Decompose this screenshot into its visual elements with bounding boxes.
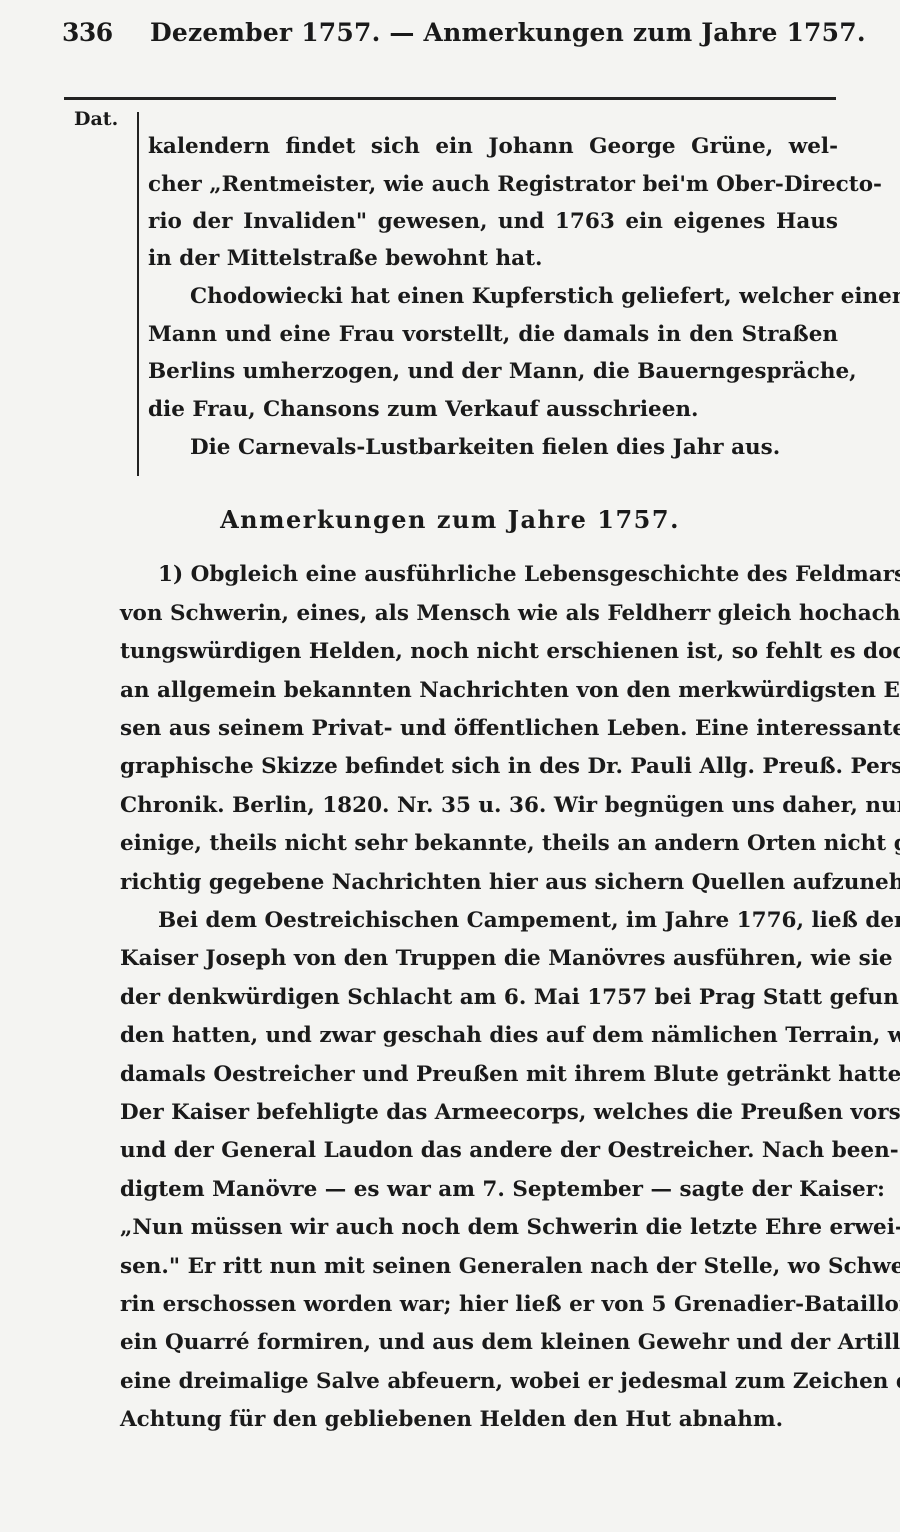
text-line: rio der Invaliden" gewesen, und 1763 ein… xyxy=(148,207,838,237)
text-line: Chronik. Berlin, 1820. Nr. 35 u. 36. Wir… xyxy=(120,791,840,821)
text-line: cher „Rentmeister, wie auch Registrator … xyxy=(148,170,838,200)
text-line: kalendern findet sich ein Johann George … xyxy=(148,132,838,162)
text-line: in der Mittelstraße bewohnt hat. xyxy=(148,244,838,274)
section-heading: Anmerkungen zum Jahre 1757. xyxy=(0,505,900,534)
text-line: richtig gegebene Nachrichten hier aus si… xyxy=(120,868,840,898)
margin-divider xyxy=(137,112,139,476)
text-line: rin erschossen worden war; hier ließ er … xyxy=(120,1290,840,1320)
text-line: Achtung für den gebliebenen Helden den H… xyxy=(120,1405,840,1435)
page-number: 336 xyxy=(62,18,113,47)
text-line: ein Quarré formiren, und aus dem kleinen… xyxy=(120,1328,840,1358)
text-line: Kaiser Joseph von den Truppen die Manövr… xyxy=(120,944,840,974)
text-line: 1) Obgleich eine ausführliche Lebensgesc… xyxy=(158,560,840,590)
text-line: einige, theils nicht sehr bekannte, thei… xyxy=(120,829,840,859)
text-line: Mann und eine Frau vorstellt, die damals… xyxy=(148,320,838,350)
text-line: Berlins umherzogen, und der Mann, die Ba… xyxy=(148,357,838,387)
text-line: sen aus seinem Privat- und öffentlichen … xyxy=(120,714,840,744)
text-line: „Nun müssen wir auch noch dem Schwerin d… xyxy=(120,1213,840,1243)
text-line: an allgemein bekannten Nachrichten von d… xyxy=(120,676,840,706)
text-line: damals Oestreicher und Preußen mit ihrem… xyxy=(120,1060,840,1090)
text-line: von Schwerin, eines, als Mensch wie als … xyxy=(120,599,840,629)
text-line: Die Carnevals-Lustbarkeiten fielen dies … xyxy=(190,433,838,463)
page-header: 336 Dezember 1757. — Anmerkungen zum Jah… xyxy=(62,18,842,58)
text-line: sen." Er ritt nun mit seinen Generalen n… xyxy=(120,1252,840,1282)
text-line: Der Kaiser befehligte das Armeecorps, we… xyxy=(120,1098,840,1128)
text-line: tungswürdigen Helden, noch nicht erschie… xyxy=(120,637,840,667)
text-line: der denkwürdigen Schlacht am 6. Mai 1757… xyxy=(120,983,840,1013)
header-rule xyxy=(64,97,836,100)
book-page: 336 Dezember 1757. — Anmerkungen zum Jah… xyxy=(0,0,900,1532)
text-line: digtem Manövre — es war am 7. September … xyxy=(120,1175,840,1205)
text-line: eine dreimalige Salve abfeuern, wobei er… xyxy=(120,1367,840,1397)
text-line: und der General Laudon das andere der Oe… xyxy=(120,1136,840,1166)
margin-label-date: Dat. xyxy=(74,108,118,130)
running-title: Dezember 1757. — Anmerkungen zum Jahre 1… xyxy=(150,18,866,47)
text-line: Chodowiecki hat einen Kupferstich gelief… xyxy=(190,282,838,312)
text-line: den hatten, und zwar geschah dies auf de… xyxy=(120,1021,840,1051)
text-line: Bei dem Oestreichischen Campement, im Ja… xyxy=(158,906,840,936)
text-line: die Frau, Chansons zum Verkauf ausschrie… xyxy=(148,395,838,425)
text-line: graphische Skizze befindet sich in des D… xyxy=(120,752,840,782)
